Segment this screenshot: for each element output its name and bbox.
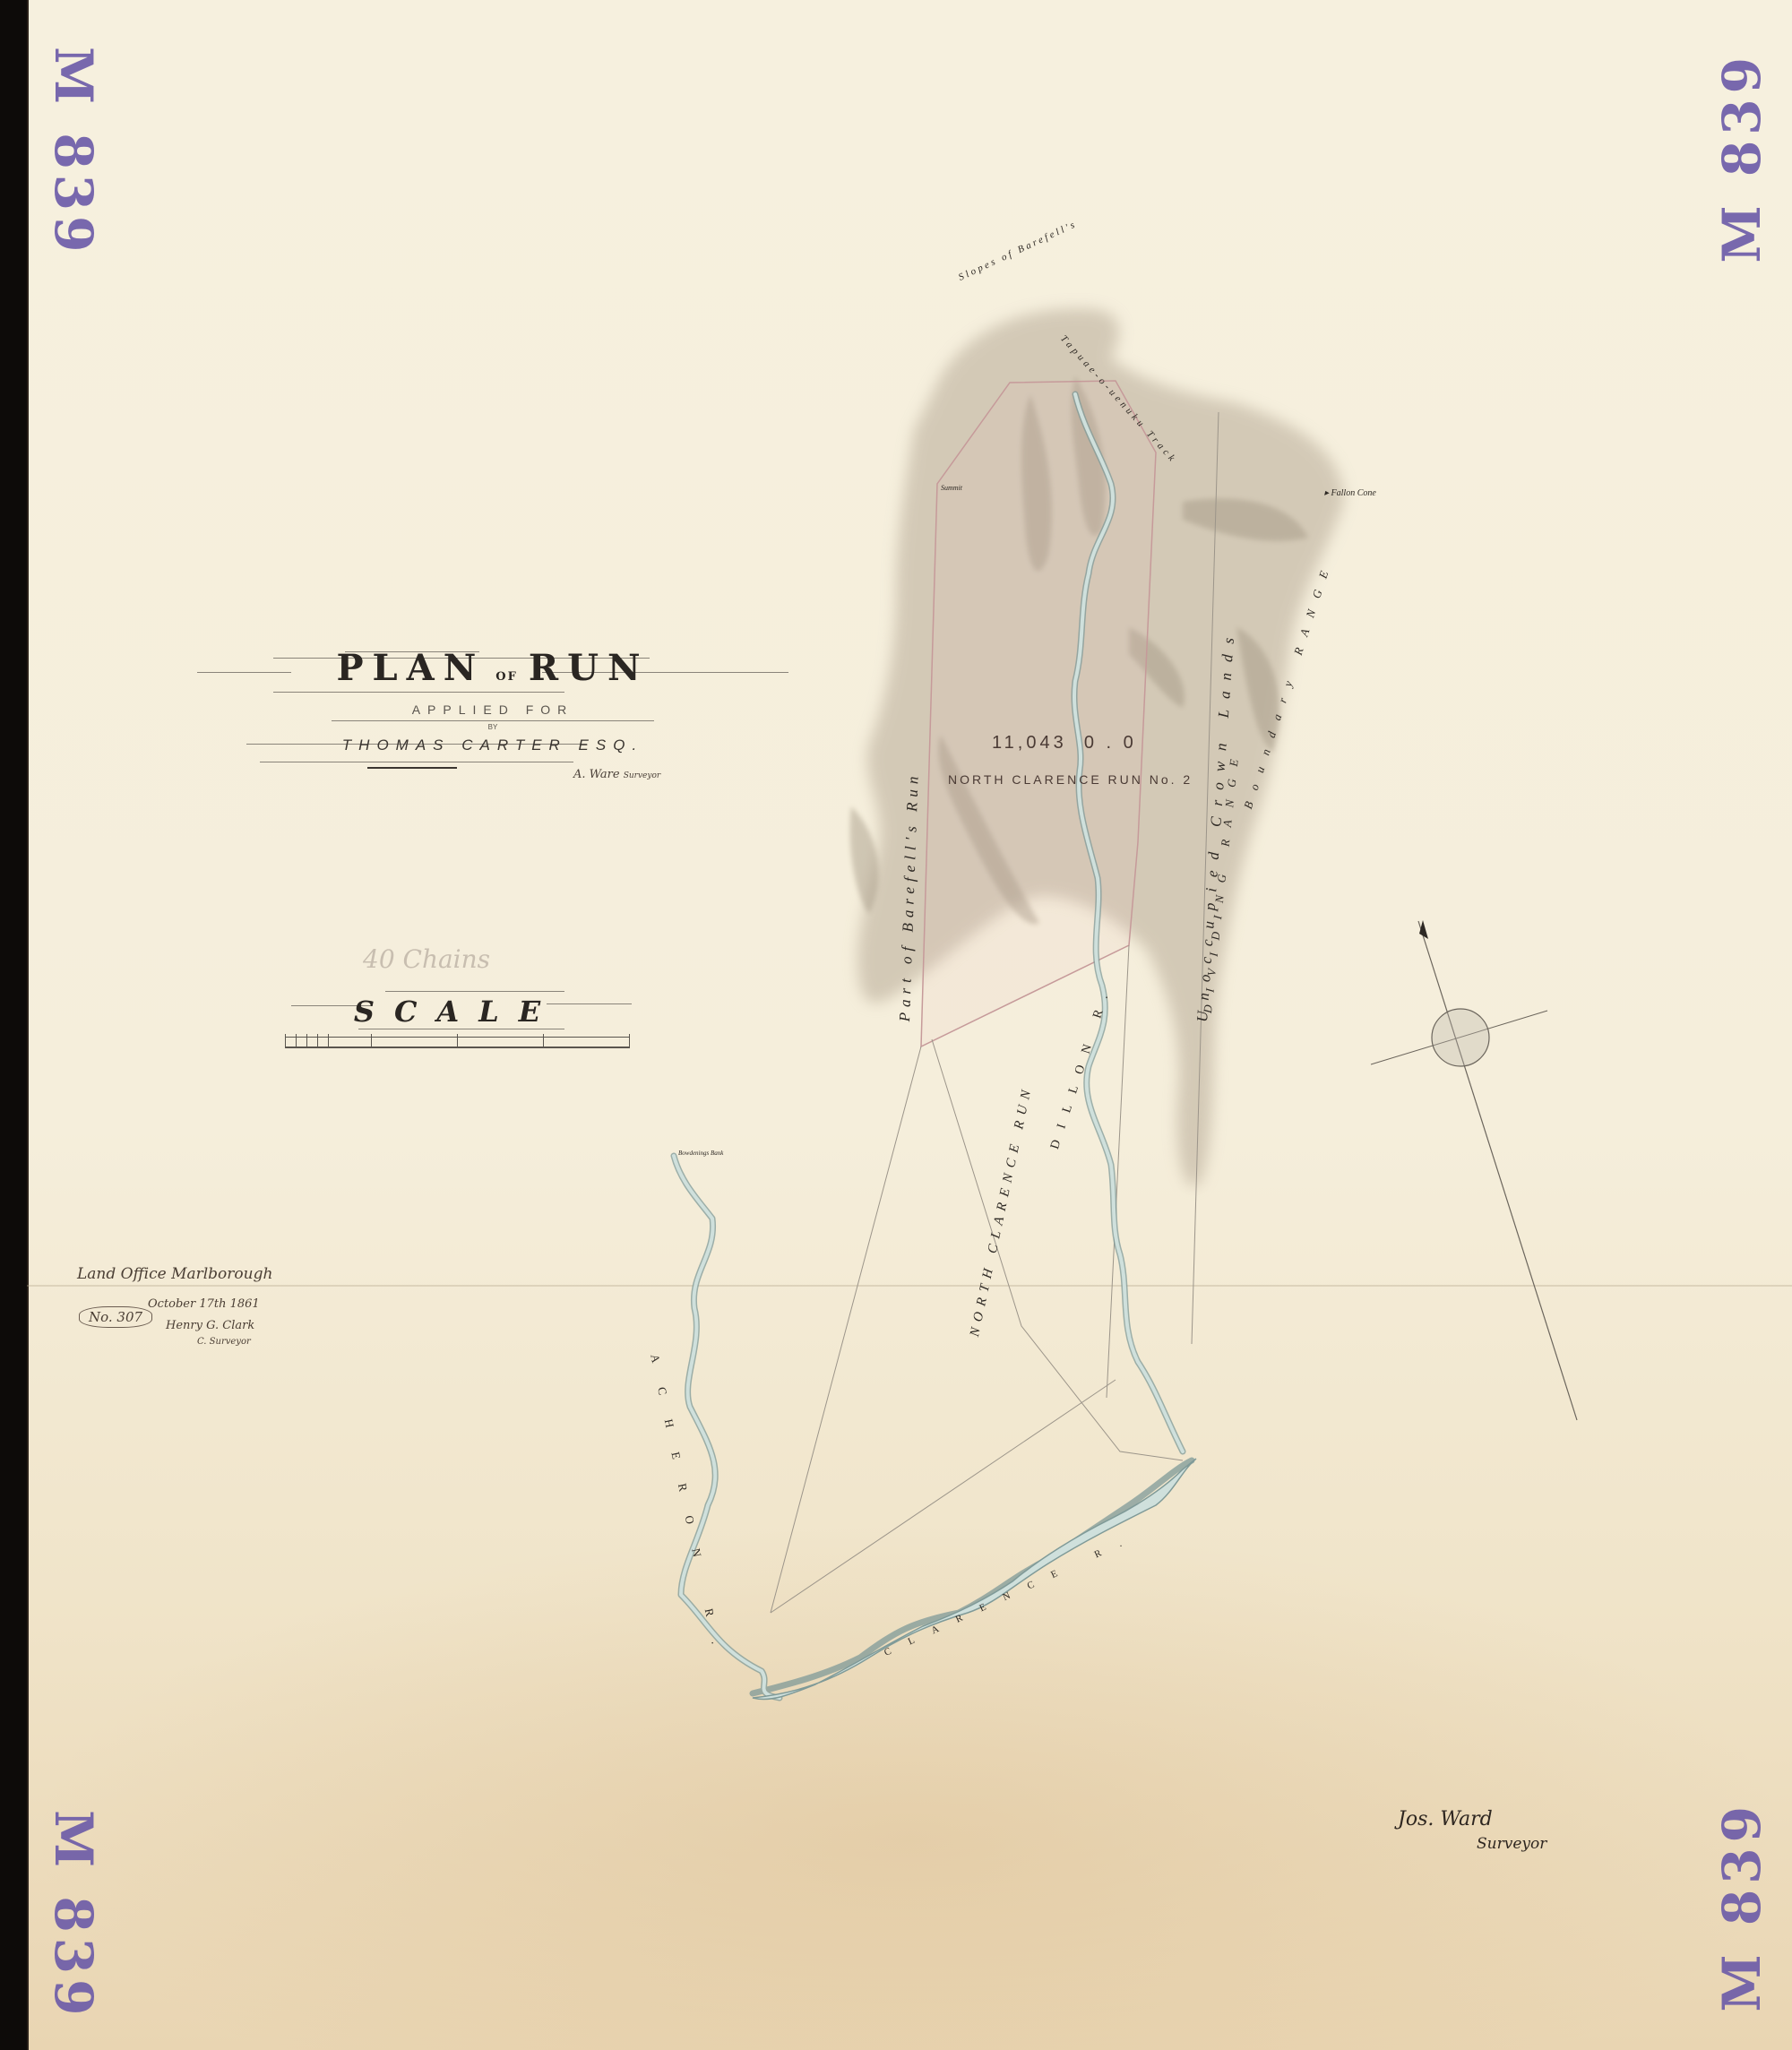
label-summit: Summit: [941, 484, 962, 492]
compass-rose: [1371, 920, 1577, 1420]
title-applied-for: APPLIED FOR: [197, 702, 788, 717]
north-arrow-icon: [1419, 920, 1428, 939]
acheron-river: [674, 1156, 780, 1698]
surveyor-signature-ware: A. Ware Surveyor: [573, 768, 660, 781]
land-office-signer-title: C. Surveyor: [197, 1337, 251, 1347]
scale-cartouche: 40 Chains SCALE: [269, 932, 645, 1057]
label-fallon-cone: ▸ Fallon Cone: [1324, 488, 1376, 498]
clarence-river-wide: [753, 1459, 1196, 1700]
clarence-river: [753, 1460, 1192, 1693]
run-name: NORTH CLARENCE RUN No. 2: [948, 772, 1193, 787]
run-area: 11,043 0 . 0: [992, 733, 1137, 754]
scale-title: SCALE: [269, 995, 645, 1029]
title-applicant-name: THOMAS CARTER ESQ.: [197, 736, 788, 754]
surveyor-signature-ward: Jos. Ward: [1398, 1808, 1493, 1830]
run-boundary: [921, 381, 1156, 1047]
surveyor-title-ward: Surveyor: [1477, 1835, 1546, 1853]
label-acheron-junction: Bowdenings Bank: [678, 1150, 723, 1157]
land-office-note: Land Office Marlborough: [77, 1265, 272, 1283]
title-cartouche: PLANOFRUN APPLIED FOR BY THOMAS CARTER E…: [197, 647, 788, 790]
title-by: BY: [197, 723, 788, 731]
title-plan-of-run: PLANOFRUN: [197, 647, 788, 689]
scale-handwritten-chains: 40 Chains: [363, 944, 490, 974]
scale-bar: [285, 1037, 630, 1048]
land-office-date: October 17th 1861: [148, 1297, 260, 1311]
land-office-signer: Henry G. Clark: [166, 1319, 254, 1332]
land-office-number: No. 307: [79, 1306, 152, 1328]
